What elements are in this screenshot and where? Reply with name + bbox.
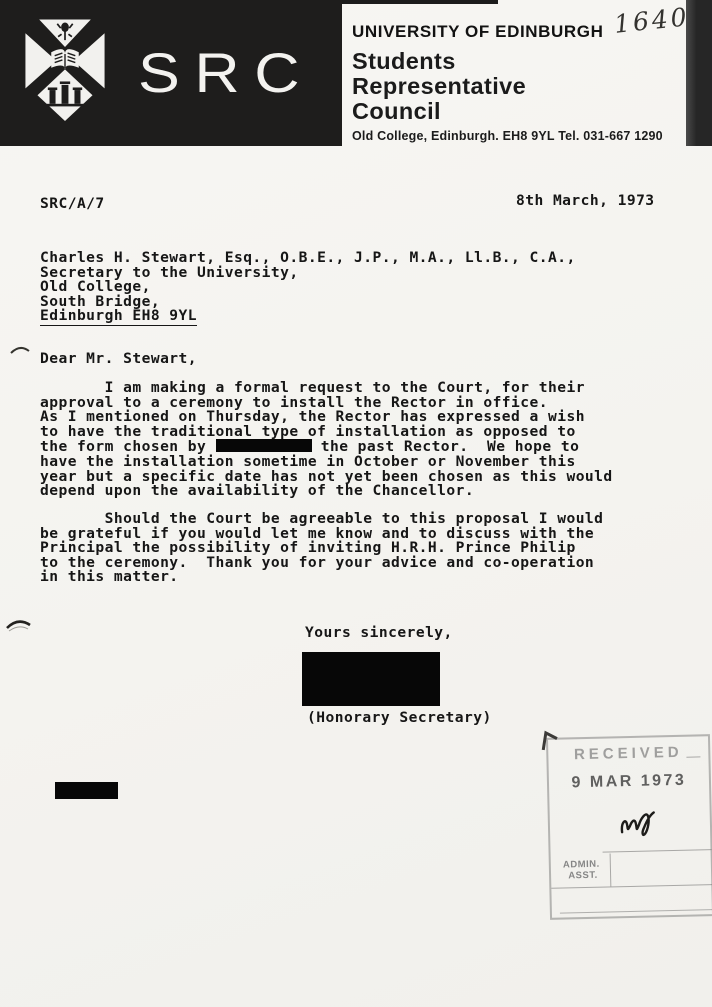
body-paragraph-2: Should the Court be agreeable to this pr… <box>40 512 650 585</box>
scan-edge-strip <box>342 0 498 4</box>
stamp-grid-line <box>603 849 712 852</box>
org-name-line-1: Students <box>352 49 663 74</box>
salutation: Dear Mr. Stewart, <box>40 352 197 367</box>
stamp-date: 9 MAR 1973 <box>549 771 709 793</box>
org-name-line-2: Representative <box>352 74 663 99</box>
university-crest-icon <box>22 16 108 128</box>
recipient-city-underlined: Edinburgh EH8 9YL <box>40 309 197 326</box>
pen-mark-icon <box>5 617 32 634</box>
stamp-received-label: RECEIVED <box>548 743 708 764</box>
pen-mark-icon <box>9 344 31 356</box>
letter-date: 8th March, 1973 <box>516 194 655 209</box>
letterhead-address: Old College, Edinburgh. EH8 9YL Tel. 031… <box>352 129 663 143</box>
org-name-line-3: Council <box>352 99 663 124</box>
stamp-admin-asst-label: ADMIN. ASST. <box>553 853 612 887</box>
handwritten-initials-icon <box>616 805 659 842</box>
received-stamp: RECEIVED 9 MAR 1973 ADMIN. ASST. <box>546 734 712 920</box>
body-paragraph-1: I am making a formal request to the Cour… <box>40 381 650 499</box>
redacted-signature-box <box>302 652 440 706</box>
reference-number: SRC/A/7 <box>40 197 105 212</box>
recipient-address: Charles H. Stewart, Esq., O.B.E., J.P., … <box>40 251 576 326</box>
signature-title: (Honorary Secretary) <box>307 711 492 726</box>
letterhead: UNIVERSITY OF EDINBURGH Students Represe… <box>352 22 663 143</box>
scanned-letter-page: SRC UNIVERSITY OF EDINBURGH Students Rep… <box>0 0 712 1007</box>
src-logo-banner: SRC <box>0 0 342 146</box>
handwritten-file-number: 1640 <box>613 2 691 39</box>
src-logo-text: SRC <box>138 40 314 105</box>
org-name: Students Representative Council <box>352 49 663 124</box>
redacted-name-box <box>216 439 312 452</box>
redacted-footer-box <box>55 782 118 799</box>
recipient-line: Edinburgh EH8 9YL <box>40 309 576 326</box>
stamp-grid-line <box>560 909 712 913</box>
closing-phrase: Yours sincerely, <box>305 626 453 641</box>
